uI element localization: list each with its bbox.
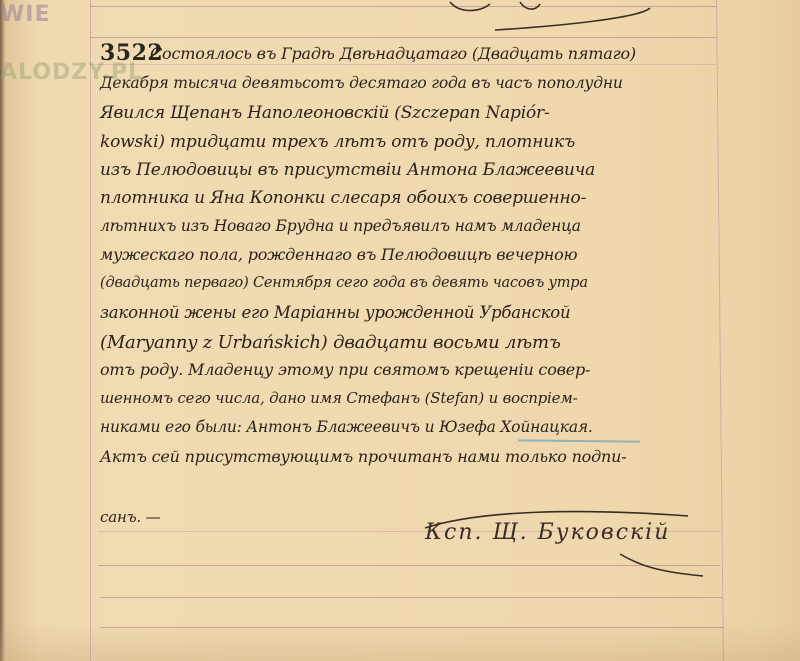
- record-line-6: плотника и Яна Копонки слесаря обоихъ со…: [100, 188, 586, 208]
- record-line-14: никами его были: Антонъ Блажеевичъ и Юзе…: [100, 418, 593, 436]
- record-line-10: законной жены его Маріанны урожденной Ур…: [100, 303, 570, 322]
- record-line-4: kowski) тридцати трехъ лѣтъ отъ роду, пл…: [100, 132, 575, 152]
- left-margin-line: [90, 0, 91, 661]
- stefan-blue-underline: [518, 439, 640, 442]
- record-line-13: шенномъ сего числа, дано имя Стефанъ (St…: [100, 389, 577, 407]
- watermark-top: WIE: [0, 2, 50, 27]
- ruled-line: [90, 37, 716, 38]
- record-line-3: Явился Щепанъ Наполеоновскій (Szczepan N…: [100, 103, 550, 123]
- record-line-16: санъ. —: [100, 508, 160, 526]
- ruled-line: [90, 64, 716, 65]
- record-line-7: лѣтнихъ изъ Новаго Брудна и предъявилъ н…: [100, 217, 581, 235]
- previous-signature-flourish: [440, 0, 660, 36]
- record-line-2: Декабря тысяча девятьсотъ десятаго года …: [100, 74, 623, 92]
- document-page: WIE ALODZY.PL 3522 Состоялось въ Градѣ Д…: [0, 0, 800, 661]
- record-line-12: отъ роду. Младенцу этому при святомъ кре…: [100, 360, 590, 379]
- signature-flourish: [420, 506, 720, 586]
- record-line-9: (двадцать перваго) Сентября сего года въ…: [100, 275, 588, 291]
- record-line-11: (Maryanny z Urbańskich) двадцати восьми …: [100, 332, 561, 353]
- record-line-8: мужескаго пола, рожденнаго въ Пелюдовицѣ…: [100, 245, 577, 264]
- record-line-1: Состоялось въ Градѣ Двѣнадцатаго (Двадца…: [150, 44, 636, 63]
- ruled-line: [100, 627, 724, 628]
- page-edge-shadow: [0, 0, 5, 661]
- record-line-5: изъ Пелюдовицы въ присутствіи Антона Бла…: [100, 160, 595, 180]
- record-line-15: Актъ сей присутствующимъ прочитанъ нами …: [100, 447, 626, 466]
- ruled-line: [100, 597, 722, 598]
